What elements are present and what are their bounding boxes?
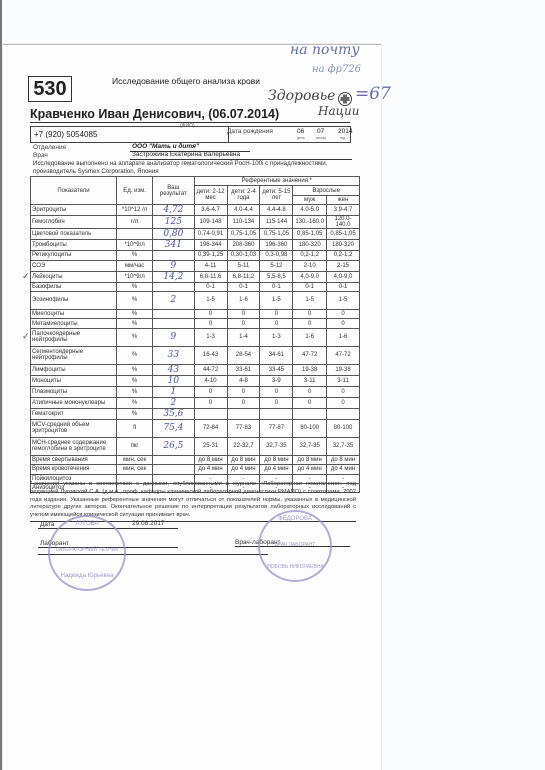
cell-r2: 0 — [227, 309, 260, 318]
cell-name: Гемоглобин — [31, 216, 117, 229]
cell-r1: 0 — [194, 309, 227, 318]
cell-unit: г/л — [117, 216, 153, 229]
cell-name: Эритроциты — [31, 205, 117, 216]
cell-r1: 0-1 — [194, 282, 227, 291]
cell-unit: пкг — [117, 437, 153, 455]
cell-unit: *10^12 /л — [117, 205, 153, 216]
cell-value: 26,5 — [153, 437, 194, 455]
cell-r3: 34-61 — [260, 346, 293, 364]
cell-f: 0,2-1,2 — [327, 251, 360, 260]
cell-name: Палочкоядерные нейтрофилы — [31, 328, 117, 346]
cell-value — [153, 251, 194, 260]
cell-r1: 0 — [194, 386, 227, 397]
cell-name: Время свертывания — [31, 455, 117, 464]
cell-r3: 32,7-35 — [260, 437, 293, 455]
cell-f: 1-5 — [327, 291, 360, 309]
check-mark-icon: ✓ — [22, 271, 30, 282]
cell-name: СОЭ — [31, 260, 117, 271]
cell-m: 0 — [293, 386, 327, 397]
table-row: Лейкоциты*10^9/л14,26,8-11,66,8-11,25,5-… — [31, 271, 360, 282]
cell-m: 19-38 — [293, 364, 327, 375]
cell-r3: 4.4-4.8 — [260, 205, 293, 216]
cell-unit: % — [117, 397, 153, 408]
table-row: MCV-средний объем эритроцитовfl75,472-84… — [31, 419, 360, 437]
cell-r3: 0,75-1,05 — [260, 229, 293, 240]
document-title: Исследование общего анализа крови — [112, 76, 260, 86]
col-kids-5-15y: дети: 5-15 лет — [260, 186, 293, 205]
cell-name: Ретикулоциты — [31, 251, 117, 260]
cell-m: 1-5 — [293, 291, 327, 309]
cell-f: 0 — [327, 319, 360, 328]
table-row: Время свертываниямин, секдо 8 миндо 8 ми… — [31, 455, 360, 464]
cell-r1: 1-5 — [194, 291, 227, 309]
table-row: Лимфоциты%4344-7233-6133-4519-3819-38 — [31, 364, 360, 375]
department-label: Отделение — [33, 144, 66, 151]
cell-r3: 3-9 — [260, 375, 293, 386]
cell-unit: *10^9/л — [117, 271, 153, 282]
col-unit: Ед. изм. — [117, 177, 153, 205]
cell-unit: мин, сек — [117, 465, 153, 474]
dob-month-caption: месяц — [316, 136, 326, 140]
date-value: 29.08.2017 — [132, 520, 165, 527]
cell-value — [153, 282, 194, 291]
table-row: Эозинофилы%21-51-61-51-51-5 — [31, 291, 360, 309]
handwritten-note: =67 — [355, 84, 391, 104]
cell-unit: % — [117, 319, 153, 328]
handwritten-note: на фр726 — [312, 64, 361, 75]
cell-r2: 77-83 — [227, 419, 260, 437]
cell-r1: 109-148 — [194, 216, 227, 229]
cell-unit: % — [117, 282, 153, 291]
cell-r3: 0 — [260, 386, 293, 397]
col-male: муж — [293, 195, 327, 204]
cell-m: до 4 мин — [293, 465, 327, 474]
cell-value — [153, 455, 194, 464]
dob-box: Дата рождения 06 07 2014 день месяц год — [225, 126, 351, 143]
cell-name: Время кровотечения — [31, 465, 117, 474]
check-mark-icon: ✓ — [22, 331, 30, 342]
col-reference: Референтные значения * — [194, 177, 359, 186]
cell-m — [293, 408, 327, 419]
cell-f: 0 — [327, 397, 360, 408]
stamp-lab-doctor: ФЁДОРОВА ВРАЧ ЛАБОРАНТ ЛЮБОВЬ НИКОЛАЕВНА — [258, 510, 332, 582]
cell-m: 0 — [293, 397, 327, 408]
cell-name: Гематокрит — [31, 408, 117, 419]
cell-name: Плазмоциты — [31, 386, 117, 397]
handwritten-note: на почту — [290, 42, 360, 58]
cell-r3: 0-1 — [260, 282, 293, 291]
cell-value: 125 — [153, 216, 194, 229]
cell-r1: 196-344 — [194, 240, 227, 251]
cell-r3: 196-360 — [260, 240, 293, 251]
cell-m: 47-72 — [293, 346, 327, 364]
cell-m: до 8 мин — [293, 455, 327, 464]
cell-name: Моноциты — [31, 375, 117, 386]
table-row: Базофилы%0-10-10-10-10-1 — [31, 282, 360, 291]
cell-r3: 115-144 — [260, 216, 293, 229]
cell-unit: мм/час — [117, 260, 153, 271]
cell-r3: 77-87 — [260, 419, 293, 437]
cell-f: 2-15 — [327, 260, 360, 271]
cell-r2: 0-1 — [227, 282, 260, 291]
cell-f: 1-6 — [327, 328, 360, 346]
dob-year: 2014 — [338, 128, 352, 135]
cell-r2: 22-32,7 — [227, 437, 260, 455]
cell-value — [153, 319, 194, 328]
cell-name: MCV-средний объем эритроцитов — [31, 419, 117, 437]
cell-r2: 0 — [227, 397, 260, 408]
table-row: Палочкоядерные нейтрофилы%91-31-41-31-61… — [31, 328, 360, 346]
cell-m: 0 — [293, 319, 327, 328]
cell-m: 2-10 — [293, 260, 327, 271]
cell-unit: % — [117, 291, 153, 309]
cell-name: MCH-среднее содержание гемоглобина в эри… — [31, 437, 117, 455]
cell-r2: 4-8 — [227, 375, 260, 386]
cell-value: 75,4 — [153, 419, 194, 437]
cell-f: до 4 мин — [327, 465, 360, 474]
cell-r1: 0 — [194, 397, 227, 408]
cell-r1: 72-84 — [194, 419, 227, 437]
patient-name: Кравченко Иван Денисович, (06.07.2014) — [30, 107, 279, 121]
cell-r1: 1-3 — [194, 328, 227, 346]
cell-m: 0,2-1,2 — [293, 251, 327, 260]
cell-f: 0,85-1,05 — [327, 229, 360, 240]
cell-unit: % — [117, 408, 153, 419]
cell-r2: 0 — [227, 386, 260, 397]
cell-m: 4,0-9,0 — [293, 271, 327, 282]
dob-year-caption: год — [340, 136, 345, 140]
dob-day-caption: день — [297, 136, 305, 140]
cell-m: 180-320 — [293, 240, 327, 251]
cell-value — [153, 465, 194, 474]
cell-r3: до 8 мин — [260, 455, 293, 464]
cell-f: 3.9-4.7 — [327, 205, 360, 216]
cell-value: 10 — [153, 375, 194, 386]
cell-unit: % — [117, 364, 153, 375]
cell-f: 47-72 — [327, 346, 360, 364]
cell-value: 2 — [153, 397, 194, 408]
cell-r1: до 4 мин — [194, 465, 227, 474]
table-row: Цветовой показатель0,800,74-0,910,75-1,0… — [31, 229, 360, 240]
cell-name: Метамиелоциты — [31, 319, 117, 328]
col-result: Ваш результат — [153, 177, 194, 205]
col-female: жен — [327, 195, 360, 204]
cell-r1: 25-31 — [194, 437, 227, 455]
table-row: Атипичные мононуклеары%200000 — [31, 397, 360, 408]
dob-label: Дата рождения — [227, 128, 273, 135]
cell-r1: 44-72 — [194, 364, 227, 375]
table-row: СОЭмм/час94-115-115-122-102-15 — [31, 260, 360, 271]
cell-m: 1-6 — [293, 328, 327, 346]
cell-r2: 0 — [227, 319, 260, 328]
cell-r1: 0,74-0,91 — [194, 229, 227, 240]
table-row: Время кровотечениямин, секдо 4 миндо 4 м… — [31, 465, 360, 474]
cell-r2: 208-360 — [227, 240, 260, 251]
cell-r2 — [227, 408, 260, 419]
cell-r3: 0 — [260, 309, 293, 318]
cell-value: 4,72 — [153, 205, 194, 216]
cell-value: 9 — [153, 328, 194, 346]
cell-m: 32,7-35 — [293, 437, 327, 455]
cell-value: 2 — [153, 291, 194, 309]
cell-r3: 0 — [260, 397, 293, 408]
cell-r3: 1-5 — [260, 291, 293, 309]
cell-r2: 110-134 — [227, 216, 260, 229]
cell-r2: 5-11 — [227, 260, 260, 271]
cell-r2: 0,30-1,03 — [227, 251, 260, 260]
table-row: Моноциты%104-104-83-93-113-11 — [31, 375, 360, 386]
cell-unit: fl — [117, 419, 153, 437]
cell-r1: до 8 мин — [194, 455, 227, 464]
cell-r3: 5-12 — [260, 260, 293, 271]
cell-value — [153, 309, 194, 318]
cell-f: 80-100 — [327, 419, 360, 437]
cell-r1: 4-11 — [194, 260, 227, 271]
cell-value: 33 — [153, 346, 194, 364]
cell-m: 130.-160.0 — [293, 216, 327, 229]
cell-r3: до 4 мин — [260, 465, 293, 474]
cell-r3: 1-3 — [260, 328, 293, 346]
cell-name: Тромбоциты — [31, 240, 117, 251]
cell-m: 0 — [293, 309, 327, 318]
cell-unit: % — [117, 386, 153, 397]
patient-phone: +7 (920) 5054085 — [30, 126, 229, 143]
cell-m: 4.0-5.0 — [293, 205, 327, 216]
cell-r1: 4-10 — [194, 375, 227, 386]
cell-m: 3-11 — [293, 375, 327, 386]
dob-month: 07 — [317, 128, 324, 135]
col-kids-2-12m: дети: 2-12 мес — [194, 186, 227, 205]
cell-value: 35,6 — [153, 408, 194, 419]
table-row: Миелоциты%00000 — [31, 309, 360, 318]
cell-unit: мин, сек — [117, 455, 153, 464]
cell-unit: % — [117, 346, 153, 364]
dob-day: 06 — [297, 128, 304, 135]
cell-r3: 5,5-8,5 — [260, 271, 293, 282]
cell-r3 — [260, 408, 293, 419]
cell-name: Лимфоциты — [31, 364, 117, 375]
table-row: Метамиелоциты%00000 — [31, 319, 360, 328]
table-row: MCH-среднее содержание гемоглобина в эри… — [31, 437, 360, 455]
cell-unit: % — [117, 375, 153, 386]
cell-r1: 6,8-11,6 — [194, 271, 227, 282]
col-adults: Взрослые — [293, 186, 360, 195]
clinic-logo-text: Здоровье — [268, 88, 335, 104]
table-row: Гемоглобинг/л125109-148110-134115-144130… — [31, 216, 360, 229]
cell-name: Сегментоядерные нейтрофилы — [31, 346, 117, 364]
results-table: Показатели Ед. изм. Ваш результат Рефере… — [30, 176, 360, 493]
cell-f: 19-38 — [327, 364, 360, 375]
cell-f: 4,0-9,0 — [327, 271, 360, 282]
form-number: 530 — [28, 76, 72, 102]
cell-r1 — [194, 408, 227, 419]
cell-unit: % — [117, 251, 153, 260]
cell-f: 0 — [327, 309, 360, 318]
cell-value: 43 — [153, 364, 194, 375]
col-kids-2-4y: дети: 2-4 года — [227, 186, 260, 205]
cell-r2: до 8 мин — [227, 455, 260, 464]
scan-edge — [0, 0, 2, 770]
cell-unit: % — [117, 309, 153, 318]
cell-r2: 1-4 — [227, 328, 260, 346]
clinic-logo-text-2: Нации — [318, 104, 359, 118]
cell-r3: 33-45 — [260, 364, 293, 375]
table-row: Эритроциты*10^12 /л4,723.6-4.74.0-4.44.4… — [31, 205, 360, 216]
cell-name: Миелоциты — [31, 309, 117, 318]
cell-r2: 0,75-1,05 — [227, 229, 260, 240]
cell-r1: 0,39-1,25 — [194, 251, 227, 260]
cell-value: 1 — [153, 386, 194, 397]
table-row: Ретикулоциты%0,39-1,250,30-1,030,3-0,980… — [31, 251, 360, 260]
cell-r1: 3.6-4.7 — [194, 205, 227, 216]
cell-r2: 33-61 — [227, 364, 260, 375]
table-row: Гематокрит%35,6 — [31, 408, 360, 419]
department-value: ООО "Мать и дитя" — [132, 143, 199, 150]
col-indicator: Показатели — [31, 177, 117, 205]
cell-value: 0,80 — [153, 229, 194, 240]
doctor-label: Врач — [33, 152, 48, 159]
cell-m: 0-1 — [293, 282, 327, 291]
cell-m: 80-100 — [293, 419, 327, 437]
cell-r3: 0,3-0,98 — [260, 251, 293, 260]
cell-r1: 0 — [194, 319, 227, 328]
cell-value: 341 — [153, 240, 194, 251]
table-row: Тромбоциты*10^9/л341196-344208-360196-36… — [31, 240, 360, 251]
cell-unit — [117, 229, 153, 240]
cell-unit: % — [117, 328, 153, 346]
cell-value: 9 — [153, 260, 194, 271]
doctor-value: Застрожина Екатерина Валерьевна — [132, 151, 240, 158]
cell-f: 32,7-35 — [327, 437, 360, 455]
cell-f: 3-11 — [327, 375, 360, 386]
cell-f: до 8 мин — [327, 455, 360, 464]
cell-name: Эозинофилы — [31, 291, 117, 309]
table-row: Плазмоциты%100000 — [31, 386, 360, 397]
cell-name: Базофилы — [31, 282, 117, 291]
cell-r2: 1-6 — [227, 291, 260, 309]
cell-unit: *10^9/л — [117, 240, 153, 251]
cell-f: 120.0-140.0 — [327, 216, 360, 229]
cell-name: Цветовой показатель — [31, 229, 117, 240]
cell-r2: 28-54 — [227, 346, 260, 364]
cell-m: 0,85-1,05 — [293, 229, 327, 240]
cell-value: 14,2 — [153, 271, 194, 282]
study-note: Исследование выполнено на аппарате анали… — [33, 160, 353, 176]
cell-r2: 4.0-4.4 — [227, 205, 260, 216]
cell-name: Лейкоциты — [31, 271, 117, 282]
cell-f — [327, 408, 360, 419]
cell-r1: 16-43 — [194, 346, 227, 364]
table-row: Сегментоядерные нейтрофилы%3316-4328-543… — [31, 346, 360, 364]
cell-f: 0 — [327, 386, 360, 397]
cell-r2: до 4 мин — [227, 465, 260, 474]
cell-name: Атипичные мононуклеары — [31, 397, 117, 408]
cell-r2: 6,8-11,2 — [227, 271, 260, 282]
cell-f: 0-1 — [327, 282, 360, 291]
cell-f: 180-320 — [327, 240, 360, 251]
cell-r3: 0 — [260, 319, 293, 328]
stamp-lab-assistant: ЛУГОВА ЛАБОРАТОРНЫЙ ТЕХНИК Надежда Юрьев… — [48, 515, 126, 591]
